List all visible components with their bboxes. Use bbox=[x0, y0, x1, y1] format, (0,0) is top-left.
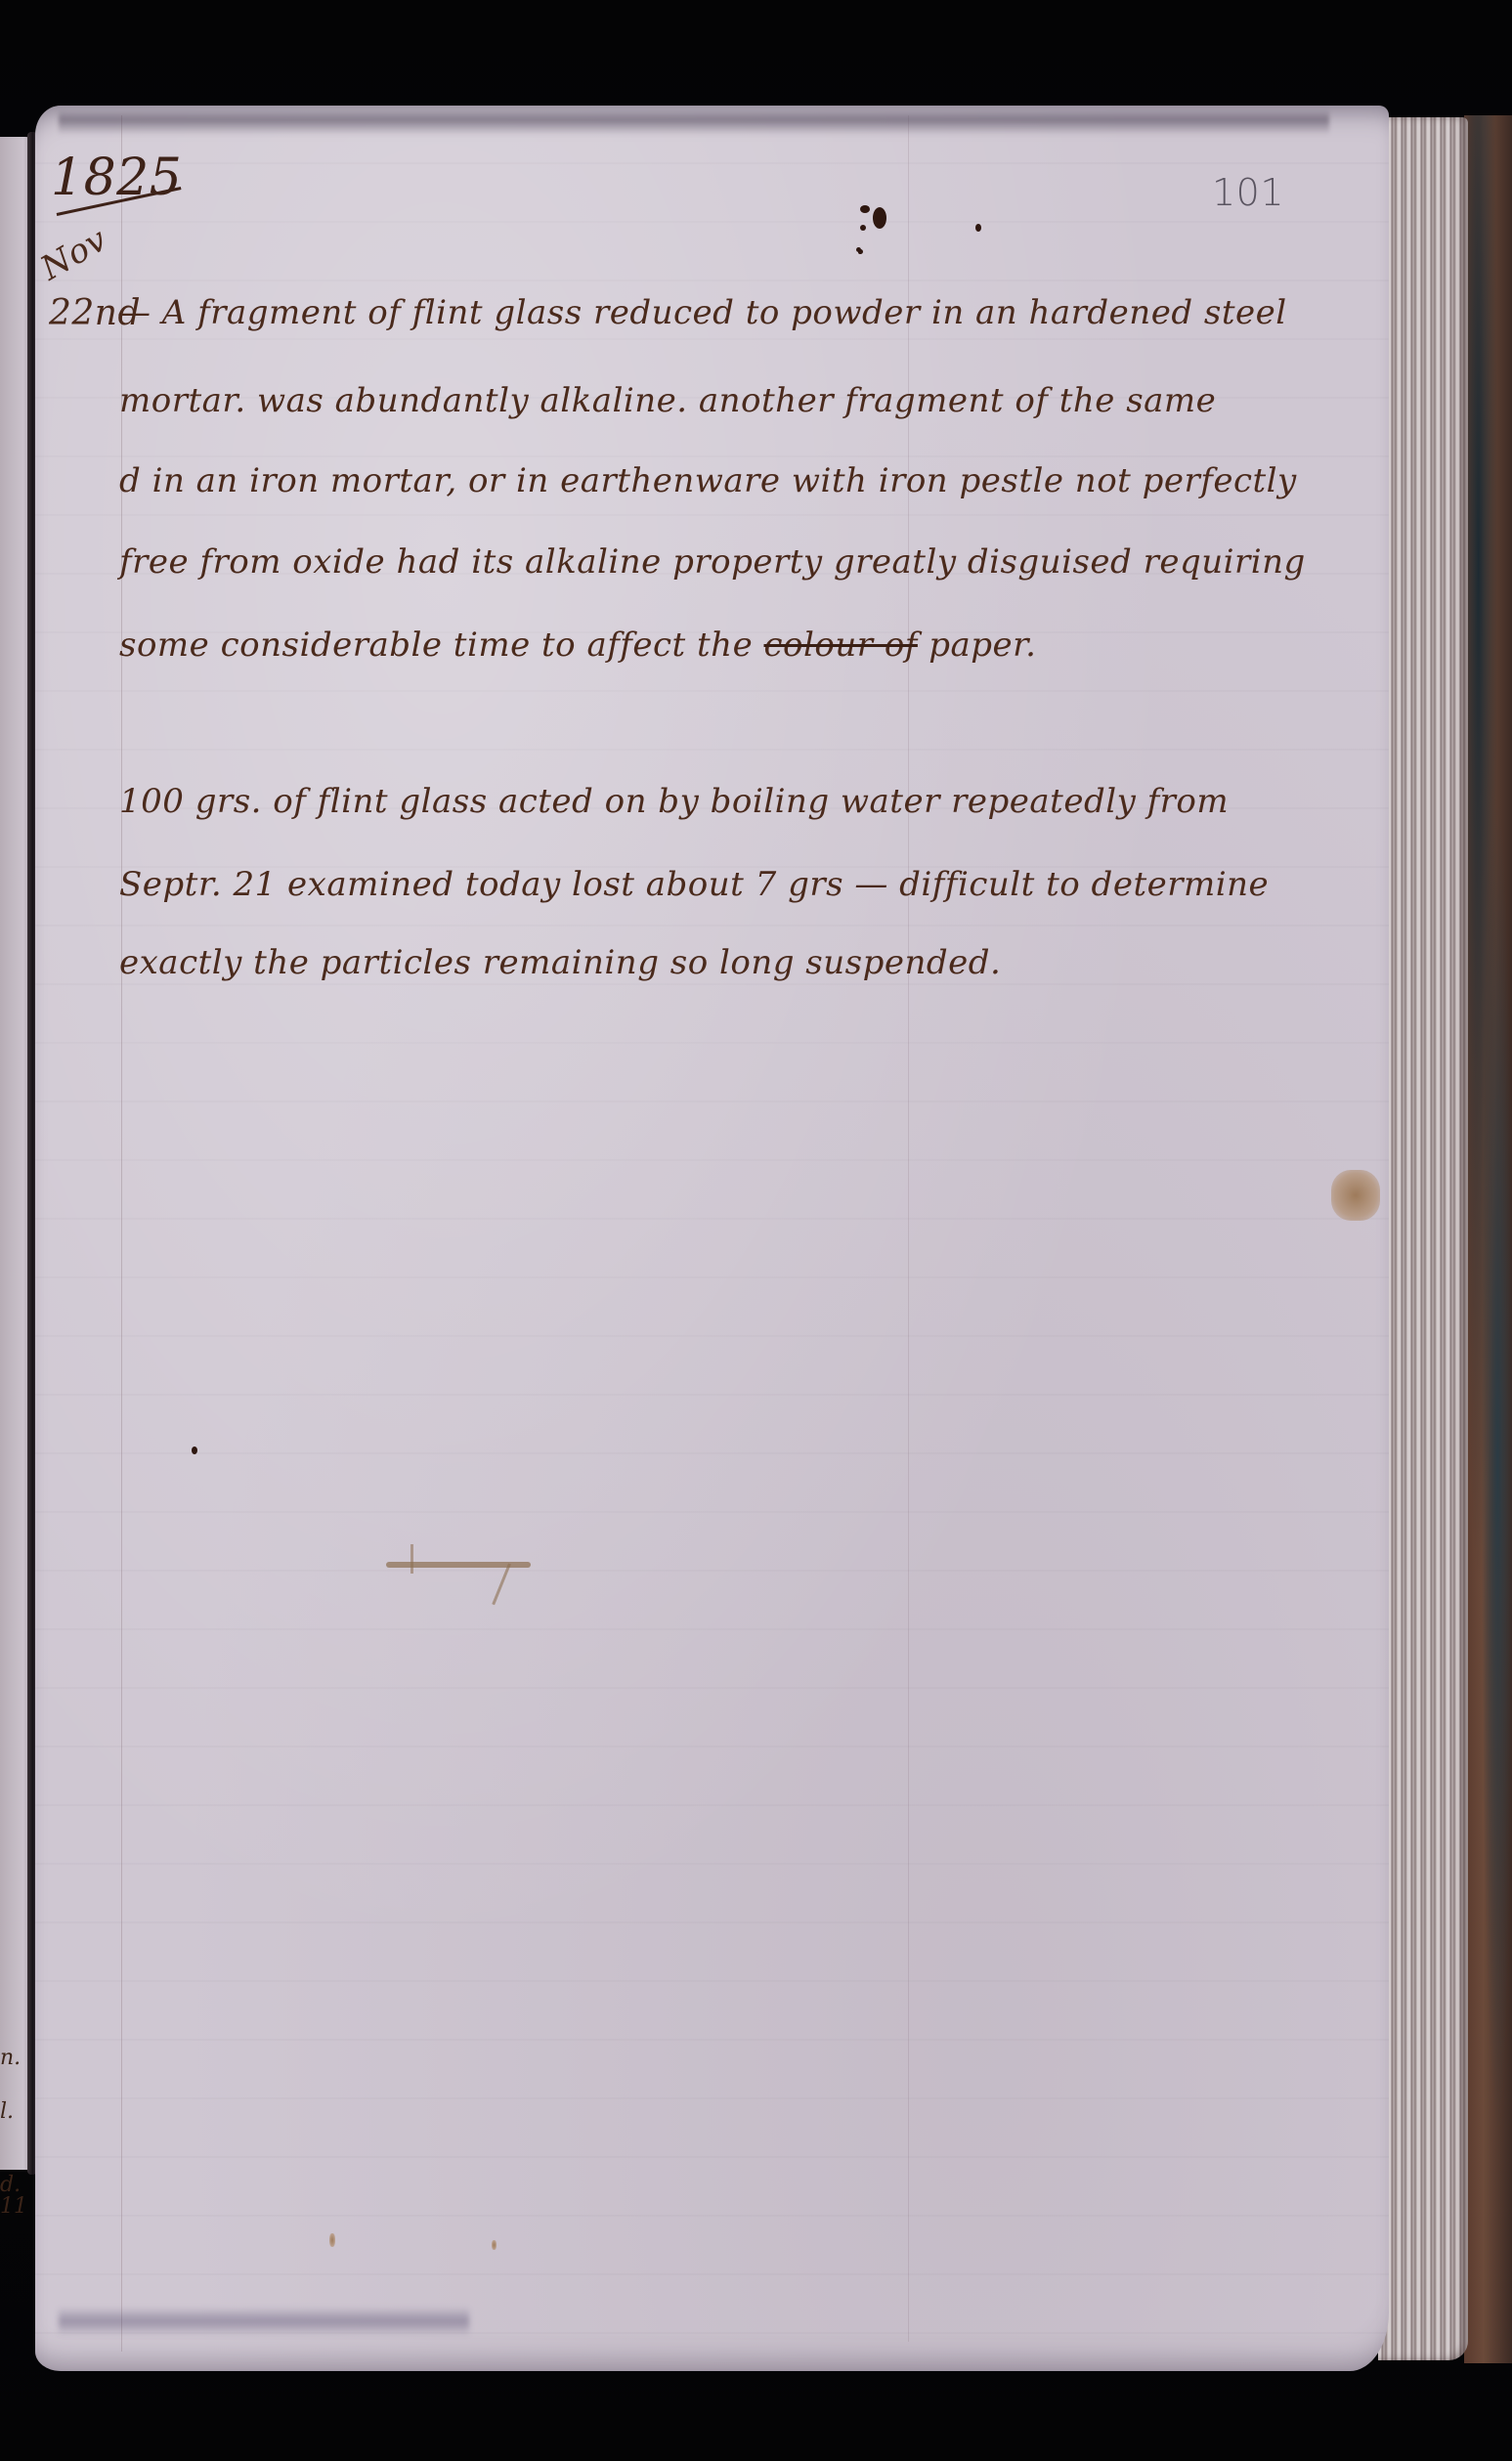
brown-stain bbox=[329, 2233, 335, 2247]
entry-line: exactly the particles remaining so long … bbox=[119, 943, 1001, 982]
year-heading: 1825 bbox=[51, 149, 182, 207]
ink-blot bbox=[975, 224, 981, 232]
entry-line: some considerable time to affect the col… bbox=[119, 626, 1036, 665]
top-edge-smudge bbox=[59, 109, 1329, 135]
entry-line: Septr. 21 examined today lost about 7 gr… bbox=[119, 865, 1269, 904]
left-page-fragment: l. bbox=[0, 2101, 14, 2123]
brown-stain bbox=[492, 2240, 497, 2250]
brown-stain bbox=[1331, 1170, 1380, 1221]
page-number: 101 bbox=[1212, 171, 1284, 214]
bottom-edge-smudge bbox=[59, 2307, 469, 2336]
entry-line: — A fragment of flint glass reduced to p… bbox=[117, 293, 1287, 332]
pencil-mark bbox=[410, 1544, 413, 1574]
marbled-cover-edge bbox=[1464, 115, 1512, 2363]
ink-blot bbox=[860, 205, 870, 213]
ink-blot bbox=[860, 225, 866, 231]
entry-line: d in an iron mortar, or in earthenware w… bbox=[119, 461, 1297, 500]
left-page-fragment: n. bbox=[0, 2048, 21, 2069]
entry-line-text: paper. bbox=[929, 626, 1036, 665]
entry-line: mortar. was abundantly alkaline. another… bbox=[119, 381, 1216, 420]
ink-blot bbox=[192, 1446, 197, 1454]
stacked-page-edges bbox=[1378, 117, 1468, 2360]
ink-blot bbox=[858, 250, 862, 254]
entry-line: 100 grs. of flint glass acted on by boil… bbox=[119, 782, 1229, 821]
struck-out-text: colour of bbox=[764, 626, 918, 665]
entry-line-text: some considerable time to affect the bbox=[119, 626, 753, 665]
entry-line: free from oxide had its alkaline propert… bbox=[119, 542, 1306, 582]
notebook-page bbox=[35, 106, 1389, 2371]
ink-blot bbox=[873, 207, 886, 229]
left-page-fragment: d. 11 bbox=[0, 2175, 33, 2218]
